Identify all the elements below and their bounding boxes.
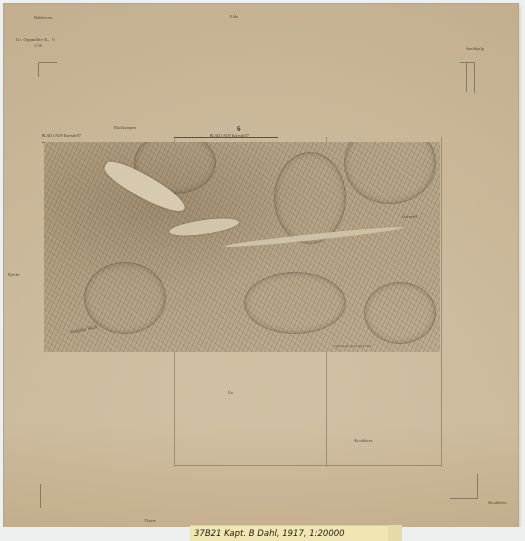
corner-mark-bottom-right (450, 498, 478, 500)
top-left-label: Haldersvn (34, 15, 52, 20)
upper-left-map-label: Blodkampen (114, 125, 136, 130)
lower-center-label: Ila (228, 390, 233, 395)
corner-mark-top-right-inner (466, 62, 468, 92)
left-margin-label: Bjerke (8, 272, 20, 277)
terrain-hill (244, 272, 346, 334)
lake (168, 215, 239, 239)
catalog-label: 37B21 Kapt. B Dahl, 1917, 1:20000 (190, 525, 388, 541)
bottom-right-label: Skoddeien (488, 500, 507, 505)
corner-mark-bottom-right-v (477, 474, 479, 498)
sheet-subtitle: 1:50 (34, 43, 42, 48)
frame-line-bottom (174, 465, 442, 466)
sheet-title: Gr. Oppmålte Kᵣ. ½ (16, 37, 55, 42)
terrain-ridge (344, 142, 436, 204)
top-right-label: Sandhjulp (466, 46, 484, 51)
map-sheet: Haldersvn Elda Gr. Oppmålte Kᵣ. ½ 1:50 S… (4, 4, 518, 527)
lower-right-label: Skoddeien (354, 438, 373, 443)
top-center-label: Elda (230, 14, 238, 19)
frame-line-right (441, 137, 442, 467)
terrain-peak (274, 152, 346, 244)
corner-mark-top-left (38, 62, 57, 77)
terrain-hill (84, 262, 166, 334)
map-place-label-right: Graverff (402, 214, 417, 219)
corner-mark-bottom-left (40, 484, 42, 508)
catalog-label-tail (388, 525, 402, 541)
topographic-map: Veldale Skrå Graverff (44, 142, 440, 352)
terrain-hill (364, 282, 436, 344)
section-number: 6 (237, 125, 241, 133)
map-place-label: Veldale Skrå (70, 325, 98, 336)
bottom-left-label: Thorer (144, 518, 156, 523)
map-corner-note: Signaturen ved Linjet 1917 (334, 344, 372, 348)
